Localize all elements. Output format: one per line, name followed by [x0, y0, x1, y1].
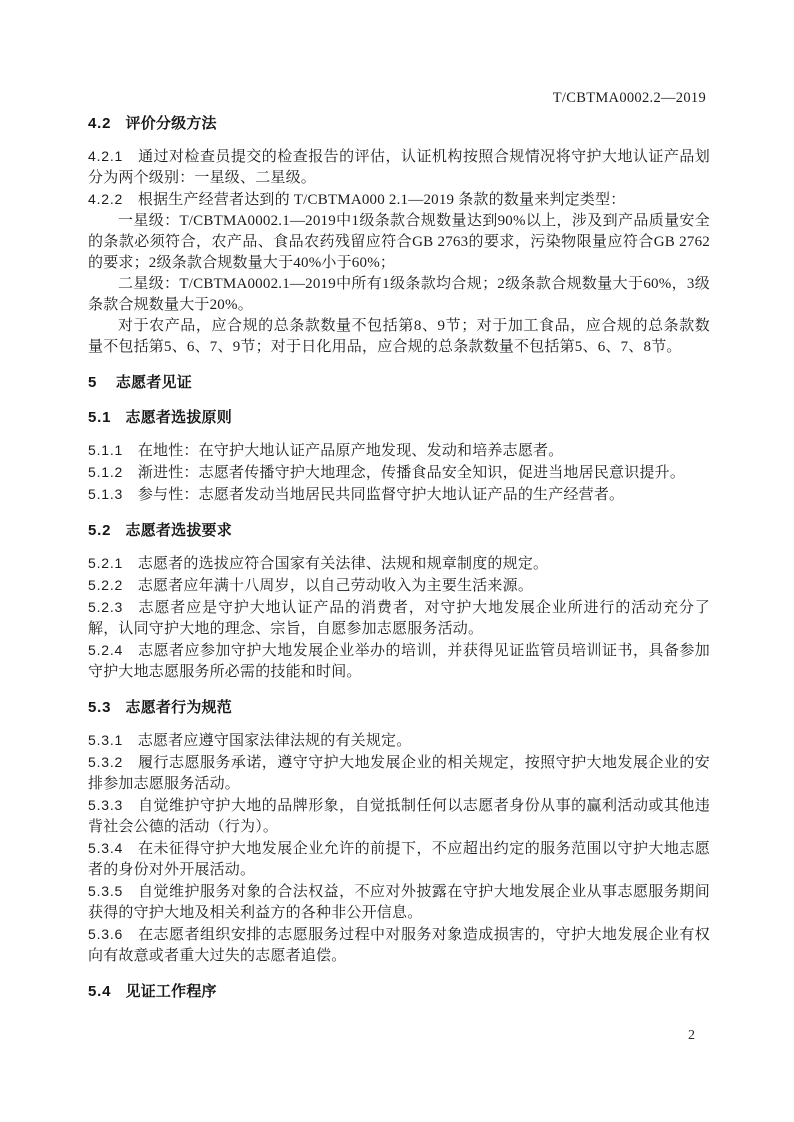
- section-number: 5.3.4: [88, 840, 123, 856]
- clause-5.1.1: 5.1.1在地性：在守护大地认证产品原产地发现、发动和培养志愿者。: [88, 440, 710, 462]
- section-text: 志愿者应年满十八周岁，以自己劳动收入为主要生活来源。: [138, 578, 533, 594]
- section-text: 在志愿者组织安排的志愿服务过程中对服务对象造成损害的，守护大地发展企业有权向有故…: [88, 927, 710, 964]
- section-text: 对于农产品，应合规的总条款数量不包括第8、9节；对于加工食品，应合规的总条款数量…: [88, 318, 710, 355]
- standard-number: T/CBTMA0002.2—2019: [553, 90, 706, 106]
- section-title: 志愿者行为规范: [126, 699, 232, 716]
- clause-5.1.2: 5.1.2渐进性：志愿者传播守护大地理念，传播食品安全知识，促进当地居民意识提升…: [88, 462, 710, 484]
- page-number: 2: [688, 1028, 695, 1044]
- section-heading-5.3: 5.3志愿者行为规范: [88, 697, 710, 718]
- indent-paragraph-3: 一星级：T/CBTMA0002.1—2019中1级条款合规数量达到90%以上，涉…: [88, 211, 710, 274]
- section-text: 二星级：T/CBTMA0002.1—2019中所有1级条款均合规；2级条款合规数…: [88, 276, 710, 313]
- section-text: 志愿者应是守护大地认证产品的消费者，对守护大地发展企业所进行的活动充分了解，认同…: [88, 600, 710, 637]
- section-text: 志愿者应遵守国家法律法规的有关规定。: [138, 733, 412, 749]
- section-number: 5.1.2: [88, 464, 123, 480]
- section-number: 5.3.5: [88, 883, 123, 899]
- section-number: 5.3: [88, 699, 111, 716]
- clause-5.3.2: 5.3.2履行志愿服务承诺，遵守守护大地发展企业的相关规定，按照守护大地发展企业…: [88, 752, 710, 795]
- section-text: 自觉维护守护大地的品牌形象，自觉抵制任何以志愿者身份从事的赢利活动或其他违背社会…: [88, 798, 710, 835]
- section-title: 评价分级方法: [126, 115, 217, 132]
- section-number: 5.2: [88, 522, 111, 539]
- clause-5.2.1: 5.2.1志愿者的选拔应符合国家有关法律、法规和规章制度的规定。: [88, 553, 710, 575]
- clause-5.3.1: 5.3.1志愿者应遵守国家法律法规的有关规定。: [88, 730, 710, 752]
- section-text: 通过对检查员提交的检查报告的评估，认证机构按照合规情况将守护大地认证产品划分为两…: [88, 149, 710, 186]
- clause-5.3.4: 5.3.4在未征得守护大地发展企业允许的前提下，不应超出约定的服务范围以守护大地…: [88, 838, 710, 881]
- section-number: 5.3.3: [88, 797, 123, 813]
- section-number: 5.2.2: [88, 577, 123, 593]
- section-text: 在地性：在守护大地认证产品原产地发现、发动和培养志愿者。: [138, 443, 564, 459]
- section-title: 志愿者选拔原则: [126, 409, 232, 426]
- clause-5.1.3: 5.1.3参与性：志愿者发动当地居民共同监督守护大地认证产品的生产经营者。: [88, 484, 710, 506]
- clause-5.2.4: 5.2.4志愿者应参加守护大地发展企业举办的培训，并获得见证监管员培训证书，具备…: [88, 640, 710, 683]
- section-text: 履行志愿服务承诺，遵守守护大地发展企业的相关规定，按照守护大地发展企业的安排参加…: [88, 755, 710, 792]
- section-number: 4.2.2: [88, 191, 123, 207]
- section-text: 根据生产经营者达到的 T/CBTMA000 2.1—2019 条款的数量来判定类…: [138, 192, 626, 208]
- section-text: 自觉维护服务对象的合法权益，不应对外披露在守护大地发展企业从事志愿服务期间获得的…: [88, 884, 710, 921]
- section-text: 在未征得守护大地发展企业允许的前提下，不应超出约定的服务范围以守护大地志愿者的身…: [88, 841, 710, 878]
- section-number: 5.2.1: [88, 555, 123, 571]
- clause-5.3.3: 5.3.3自觉维护守护大地的品牌形象，自觉抵制任何以志愿者身份从事的赢利活动或其…: [88, 795, 710, 838]
- section-number: 5.3.6: [88, 926, 123, 942]
- document-content: 4.2评价分级方法4.2.1通过对检查员提交的检查报告的评估，认证机构按照合规情…: [88, 113, 710, 1014]
- section-heading-5.2: 5.2志愿者选拔要求: [88, 520, 710, 541]
- document-header: T/CBTMA0002.2—2019: [88, 90, 706, 107]
- section-number: 5: [88, 374, 97, 391]
- standard-document-page: T/CBTMA0002.2—2019 4.2评价分级方法4.2.1通过对检查员提…: [0, 0, 794, 1122]
- section-number: 5.1: [88, 409, 111, 426]
- section-number: 5.4: [88, 983, 111, 1000]
- section-number: 4.2: [88, 115, 111, 132]
- clause-5.2.2: 5.2.2志愿者应年满十八周岁，以自己劳动收入为主要生活来源。: [88, 575, 710, 597]
- section-number: 4.2.1: [88, 148, 123, 164]
- section-text: 一星级：T/CBTMA0002.1—2019中1级条款合规数量达到90%以上，涉…: [88, 213, 710, 271]
- section-title: 志愿者见证: [116, 374, 192, 391]
- section-heading-5.4: 5.4见证工作程序: [88, 981, 710, 1002]
- section-text: 志愿者应参加守护大地发展企业举办的培训，并获得见证监管员培训证书，具备参加守护大…: [88, 643, 710, 680]
- clause-4.2.1: 4.2.1通过对检查员提交的检查报告的评估，认证机构按照合规情况将守护大地认证产…: [88, 146, 710, 189]
- indent-paragraph-5: 对于农产品，应合规的总条款数量不包括第8、9节；对于加工食品，应合规的总条款数量…: [88, 316, 710, 358]
- section-number: 5.3.2: [88, 754, 123, 770]
- section-number: 5.1.3: [88, 486, 123, 502]
- section-title: 见证工作程序: [126, 983, 217, 1000]
- section-text: 渐进性：志愿者传播守护大地理念，传播食品安全知识，促进当地居民意识提升。: [138, 465, 685, 481]
- section-text: 参与性：志愿者发动当地居民共同监督守护大地认证产品的生产经营者。: [138, 487, 624, 503]
- clause-5.3.5: 5.3.5自觉维护服务对象的合法权益，不应对外披露在守护大地发展企业从事志愿服务…: [88, 881, 710, 924]
- section-title: 志愿者选拔要求: [126, 522, 232, 539]
- section-heading-4.2: 4.2评价分级方法: [88, 113, 710, 134]
- indent-paragraph-4: 二星级：T/CBTMA0002.1—2019中所有1级条款均合规；2级条款合规数…: [88, 274, 710, 316]
- section-number: 5.2.3: [88, 599, 123, 615]
- clause-5.3.6: 5.3.6在志愿者组织安排的志愿服务过程中对服务对象造成损害的，守护大地发展企业…: [88, 924, 710, 967]
- section-number: 5.3.1: [88, 732, 123, 748]
- section-number: 5.1.1: [88, 442, 123, 458]
- clause-4.2.2: 4.2.2根据生产经营者达到的 T/CBTMA000 2.1—2019 条款的数…: [88, 189, 710, 211]
- section-heading-5: 5志愿者见证: [88, 372, 710, 393]
- clause-5.2.3: 5.2.3志愿者应是守护大地认证产品的消费者，对守护大地发展企业所进行的活动充分…: [88, 597, 710, 640]
- section-heading-5.1: 5.1志愿者选拔原则: [88, 407, 710, 428]
- section-number: 5.2.4: [88, 642, 123, 658]
- section-text: 志愿者的选拔应符合国家有关法律、法规和规章制度的规定。: [138, 556, 548, 572]
